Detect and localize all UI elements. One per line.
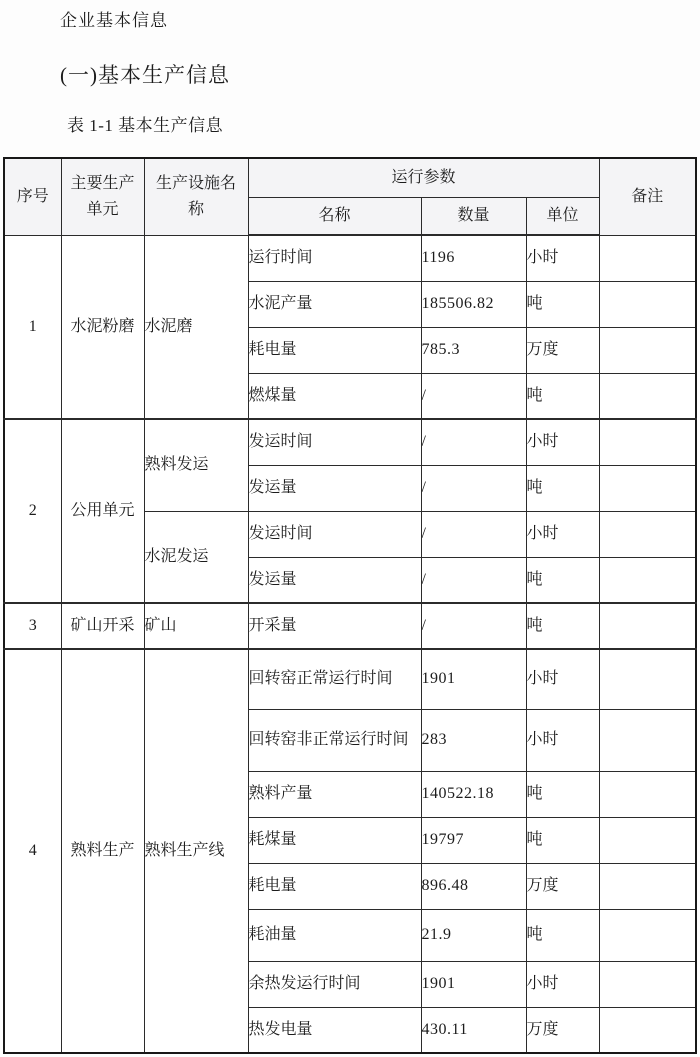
cell-quantity: / [421, 511, 526, 557]
cell-param-name: 热发电量 [248, 1007, 421, 1053]
cell-param-name: 余热发运行时间 [248, 961, 421, 1007]
cell-main-unit: 公用单元 [61, 419, 144, 603]
cell-remark [599, 817, 696, 863]
cell-param-name: 发运时间 [248, 419, 421, 465]
production-info-table: 序号 主要生产单元 生产设施名称 运行参数 备注 名称 数量 单位 1 水泥粉磨… [3, 157, 697, 1054]
cell-unit: 吨 [526, 909, 599, 961]
table-row: 1 水泥粉磨 水泥磨 运行时间 1196 小时 [4, 235, 696, 281]
cell-param-name: 开采量 [248, 603, 421, 649]
table-row: 4 熟料生产 熟料生产线 回转窑正常运行时间 1901 小时 [4, 649, 696, 709]
cell-param-name: 耗油量 [248, 909, 421, 961]
cell-quantity: / [421, 557, 526, 603]
table-row: 2 公用单元 熟料发运 发运时间 / 小时 [4, 419, 696, 465]
cell-facility: 水泥发运 [144, 511, 248, 603]
cell-unit: 小时 [526, 709, 599, 771]
cell-unit: 万度 [526, 327, 599, 373]
cell-param-name: 熟料产量 [248, 771, 421, 817]
document-page: 企业基本信息 (一)基本生产信息 表 1-1 基本生产信息 序号 主要生产单元 … [0, 0, 700, 1057]
document-title: 企业基本信息 [60, 6, 168, 31]
cell-param-name: 回转窑正常运行时间 [248, 649, 421, 709]
cell-quantity: / [421, 419, 526, 465]
cell-unit: 吨 [526, 465, 599, 511]
cell-quantity: 1901 [421, 961, 526, 1007]
cell-seq: 4 [4, 649, 61, 1053]
cell-remark [599, 863, 696, 909]
cell-quantity: / [421, 603, 526, 649]
cell-remark [599, 557, 696, 603]
cell-unit: 小时 [526, 649, 599, 709]
cell-remark [599, 419, 696, 465]
cell-remark [599, 709, 696, 771]
cell-seq: 3 [4, 603, 61, 649]
cell-unit: 吨 [526, 373, 599, 419]
header-quantity: 数量 [421, 197, 526, 235]
cell-param-name: 耗电量 [248, 863, 421, 909]
cell-seq: 2 [4, 419, 61, 603]
cell-unit: 吨 [526, 771, 599, 817]
header-run-params: 运行参数 [248, 158, 599, 197]
cell-unit: 小时 [526, 235, 599, 281]
cell-main-unit: 熟料生产 [61, 649, 144, 1053]
cell-unit: 万度 [526, 863, 599, 909]
cell-quantity: / [421, 373, 526, 419]
cell-unit: 吨 [526, 603, 599, 649]
cell-remark [599, 603, 696, 649]
table-header-row-1: 序号 主要生产单元 生产设施名称 运行参数 备注 [4, 158, 696, 197]
cell-unit: 小时 [526, 419, 599, 465]
cell-quantity: / [421, 465, 526, 511]
cell-remark [599, 961, 696, 1007]
cell-remark [599, 373, 696, 419]
cell-remark [599, 1007, 696, 1053]
cell-quantity: 785.3 [421, 327, 526, 373]
cell-seq: 1 [4, 235, 61, 419]
cell-param-name: 发运时间 [248, 511, 421, 557]
cell-facility: 水泥磨 [144, 235, 248, 419]
header-unit: 单位 [526, 197, 599, 235]
cell-main-unit: 水泥粉磨 [61, 235, 144, 419]
cell-param-name: 耗电量 [248, 327, 421, 373]
cell-quantity: 19797 [421, 817, 526, 863]
cell-unit: 吨 [526, 281, 599, 327]
cell-remark [599, 511, 696, 557]
cell-remark [599, 235, 696, 281]
cell-quantity: 1196 [421, 235, 526, 281]
cell-facility: 熟料发运 [144, 419, 248, 511]
cell-facility: 矿山 [144, 603, 248, 649]
cell-quantity: 21.9 [421, 909, 526, 961]
cell-param-name: 回转窑非正常运行时间 [248, 709, 421, 771]
table-row: 3 矿山开采 矿山 开采量 / 吨 [4, 603, 696, 649]
cell-remark [599, 909, 696, 961]
cell-unit: 吨 [526, 817, 599, 863]
cell-quantity: 185506.82 [421, 281, 526, 327]
cell-unit: 万度 [526, 1007, 599, 1053]
cell-remark [599, 649, 696, 709]
cell-remark [599, 327, 696, 373]
cell-quantity: 896.48 [421, 863, 526, 909]
table-caption: 表 1-1 基本生产信息 [67, 111, 223, 136]
cell-quantity: 283 [421, 709, 526, 771]
cell-main-unit: 矿山开采 [61, 603, 144, 649]
cell-quantity: 1901 [421, 649, 526, 709]
header-facility: 生产设施名称 [144, 158, 248, 235]
cell-param-name: 发运量 [248, 557, 421, 603]
cell-param-name: 运行时间 [248, 235, 421, 281]
cell-remark [599, 771, 696, 817]
cell-param-name: 燃煤量 [248, 373, 421, 419]
cell-quantity: 140522.18 [421, 771, 526, 817]
cell-remark [599, 465, 696, 511]
header-seq: 序号 [4, 158, 61, 235]
header-param-name: 名称 [248, 197, 421, 235]
cell-param-name: 耗煤量 [248, 817, 421, 863]
header-main-unit: 主要生产单元 [61, 158, 144, 235]
cell-facility: 熟料生产线 [144, 649, 248, 1053]
cell-remark [599, 281, 696, 327]
cell-unit: 小时 [526, 961, 599, 1007]
section-heading: (一)基本生产信息 [60, 59, 230, 89]
cell-unit: 小时 [526, 511, 599, 557]
header-remark: 备注 [599, 158, 696, 235]
cell-param-name: 发运量 [248, 465, 421, 511]
cell-param-name: 水泥产量 [248, 281, 421, 327]
cell-unit: 吨 [526, 557, 599, 603]
cell-quantity: 430.11 [421, 1007, 526, 1053]
